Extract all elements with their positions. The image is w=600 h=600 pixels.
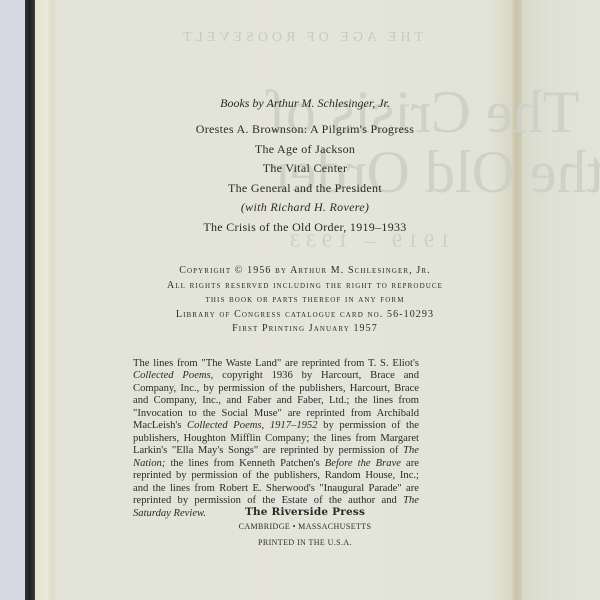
rights-line: this book or parts thereof in any form <box>120 293 490 308</box>
permissions-text: The lines from "The Waste Land" are repr… <box>133 358 419 369</box>
copyright-notice: Copyright © 1956 by Arthur M. Schlesinge… <box>120 264 490 337</box>
book-title: The Vital Center <box>120 159 490 179</box>
permissions-italic: Before the Brave <box>325 458 401 469</box>
permissions-text: the lines from Kenneth Patchen's <box>165 458 324 469</box>
press-name: The Riverside Press <box>120 506 490 518</box>
press-location: CAMBRIDGE • MASSACHUSETTS <box>120 522 490 531</box>
copyright-line: Copyright © 1956 by Arthur M. Schlesinge… <box>120 264 490 279</box>
permissions-italic: Collected Poems, <box>133 370 213 381</box>
printed-in: PRINTED IN THE U.S.A. <box>120 538 490 547</box>
book-title: The General and the President <box>120 179 490 199</box>
permissions-italic: Collected Poems, 1917–1952 <box>187 420 317 431</box>
book-title: Orestes A. Brownson: A Pilgrim's Progres… <box>120 120 490 140</box>
book-list: Orestes A. Brownson: A Pilgrim's Progres… <box>120 120 490 237</box>
book-title: The Crisis of the Old Order, 1919–1933 <box>120 218 490 238</box>
printing-line: First Printing January 1957 <box>120 322 490 337</box>
catalogue-card-line: Library of Congress catalogue card no. 5… <box>120 308 490 323</box>
copyright-page-content: Books by Arthur M. Schlesinger, Jr. Ores… <box>0 0 600 600</box>
book-title: The Age of Jackson <box>120 140 490 160</box>
permissions-paragraph: The lines from "The Waste Land" are repr… <box>133 358 419 521</box>
printer-imprint: The Riverside Press CAMBRIDGE • MASSACHU… <box>120 506 490 547</box>
rights-line: All rights reserved including the right … <box>120 279 490 294</box>
books-by-heading: Books by Arthur M. Schlesinger, Jr. <box>120 96 490 111</box>
book-coauthor-note: (with Richard H. Rovere) <box>120 198 490 218</box>
